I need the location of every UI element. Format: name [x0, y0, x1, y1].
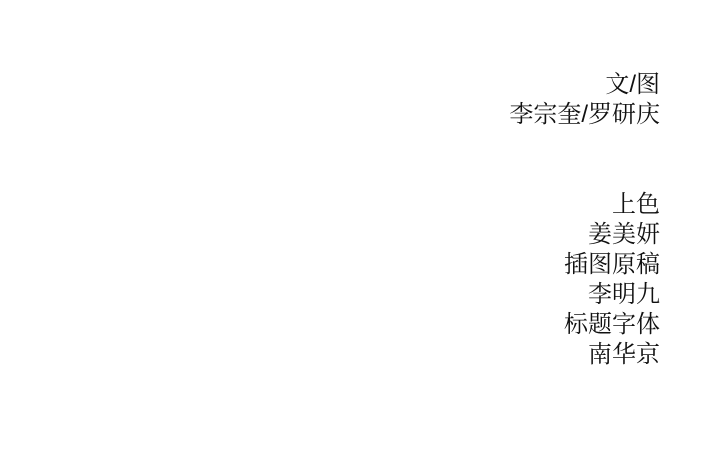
credit-name-illustration-draft: 李明九: [509, 280, 660, 310]
credit-role-title-font: 标题字体: [509, 310, 660, 340]
credit-role-story-art: 文/图: [509, 70, 660, 100]
credits-page: 文/图 李宗奎/罗研庆 上色 姜美妍 插图原稿 李明九 标题字体 南华京: [0, 0, 720, 475]
credits-block-gap: [509, 130, 660, 190]
credit-names-story-art: 李宗奎/罗研庆: [509, 100, 660, 130]
credit-role-coloring: 上色: [509, 190, 660, 220]
credit-role-illustration-draft: 插图原稿: [509, 250, 660, 280]
credit-name-title-font: 南华京: [509, 340, 660, 370]
credits-column: 文/图 李宗奎/罗研庆 上色 姜美妍 插图原稿 李明九 标题字体 南华京: [509, 70, 660, 370]
credit-name-coloring: 姜美妍: [509, 220, 660, 250]
